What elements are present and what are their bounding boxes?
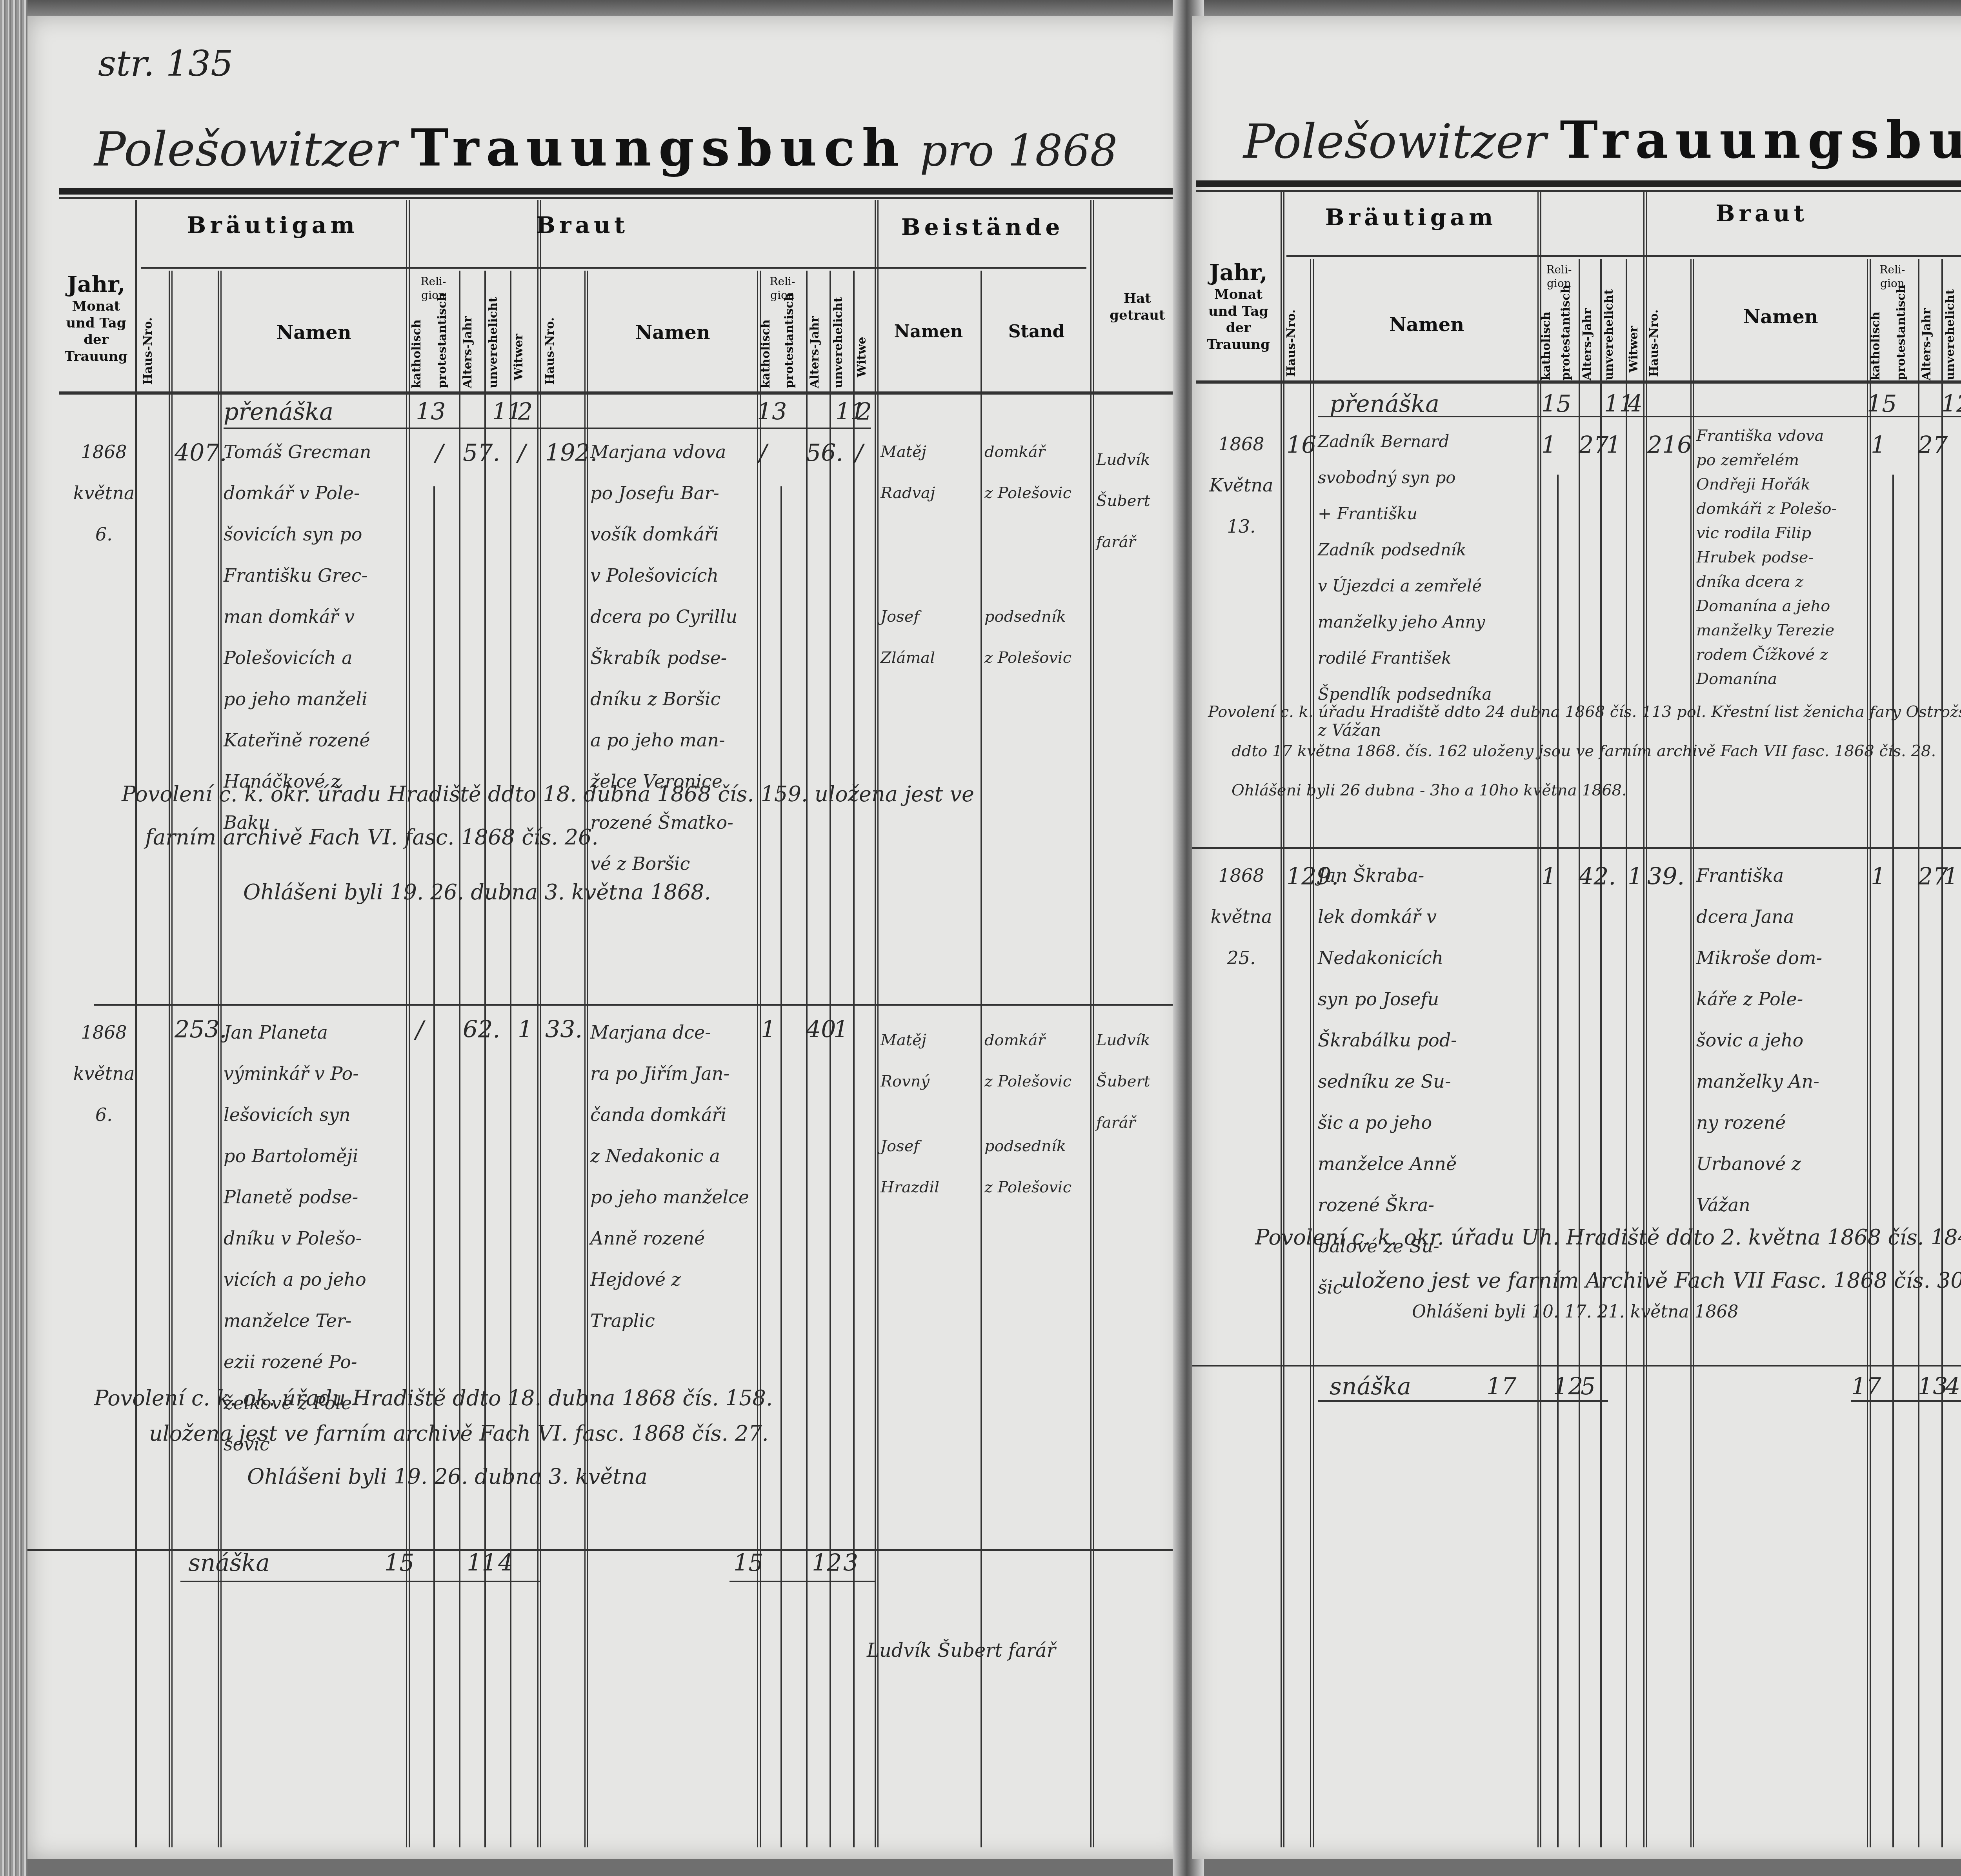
witness-1-status: domkář z Polešovic (984, 1020, 1086, 1102)
carry-over-underline (224, 428, 871, 429)
column-divider (1892, 475, 1894, 1847)
header-bride-name: Namen (1696, 306, 1865, 328)
carry-over-bride-unmarried: 12 (1941, 390, 1961, 418)
column-divider (1579, 259, 1580, 1847)
column-divider (980, 271, 982, 1847)
header-married-by-line: getraut (1094, 307, 1181, 324)
column-divider (584, 271, 588, 1847)
header-groom-unmarried: unverehelicht (1602, 318, 1624, 380)
title-year: pro 1868 (920, 126, 1117, 176)
header-groom-widower: Witwer (1627, 318, 1643, 380)
header-top-rule (59, 188, 1181, 195)
group-header-rule (141, 267, 1086, 269)
header-bride-unmarried: unverehelicht (831, 326, 853, 388)
column-divider (1941, 259, 1943, 1847)
entry-date: 1868 května 6. (73, 431, 135, 555)
header-date-line: Jahr, (59, 271, 133, 298)
entry-separator (94, 1004, 1181, 1006)
header-witnesses-group: Beistände (877, 214, 1088, 240)
witness-2-status: podsedník z Polešovic (984, 596, 1086, 679)
entry-bride-age: 56. (806, 439, 843, 467)
entry-bride-catholic: 1 (761, 1016, 776, 1043)
header-bride-catholic: katholisch (1869, 318, 1890, 380)
header-top-rule-thin (59, 197, 1181, 199)
header-bride-widow: Witwe (855, 326, 875, 388)
carry-over-bride-catholic: 15 (1867, 390, 1897, 418)
entry-note-archive: uložena jest ve farním archivě Fach VI. … (149, 1412, 769, 1455)
carry-over-bride-catholic: 13 (757, 398, 787, 426)
column-divider (169, 271, 173, 1847)
entry-groom-house: 16 (1286, 431, 1316, 459)
column-divider (1310, 259, 1314, 1847)
entry-bride-widow: / (855, 439, 863, 467)
carry-forward-underline (729, 1581, 875, 1582)
entry-groom-widower: 1 (518, 1016, 533, 1043)
header-bride-group: Braut (410, 212, 755, 238)
header-bride-protestant: protestantisch (782, 326, 804, 388)
column-divider (459, 271, 460, 1847)
carry-forward-groom-catholic: 17 (1486, 1373, 1516, 1400)
column-divider (406, 200, 410, 1847)
column-divider (1537, 192, 1541, 1847)
header-witness-status: Stand (984, 322, 1088, 342)
entry-bride-details: Františka dcera Jana Mikroše dom- káře z… (1696, 855, 1865, 1226)
carry-forward-underline (1851, 1400, 1961, 1402)
entry-bride-details: Marjana vdova po Josefu Bar- vošík domká… (590, 431, 755, 884)
header-groom-group: Bräutigam (141, 212, 404, 238)
witness-2-name: Josef Zlámal (880, 596, 979, 679)
entry-note-banns: Ohlášeni byli 26 dubna - 3ho a 10ho květ… (1232, 769, 1627, 812)
entry-note-permission: Povolení c. k. okr. úřadu Uh. Hradiště d… (1255, 1216, 1961, 1259)
column-divider (875, 200, 879, 1847)
header-married-by: Hat getraut (1094, 290, 1181, 324)
column-divider (218, 271, 222, 1847)
right-page: str. 136 Polešowitzer Trauungsbuch pro 1… (1192, 16, 1961, 1859)
entry-groom-age: 42. (1579, 863, 1616, 890)
entry-bride-catholic: 1 (1871, 863, 1886, 890)
carry-forward-groom-widower: 4 (498, 1549, 513, 1577)
carry-forward-bride-widow: 4 (1945, 1373, 1960, 1400)
entry-bride-unmarried: 1 (833, 1016, 848, 1043)
witness-1-name: Matěj Rovný (880, 1020, 979, 1102)
entry-groom-catholic: / (416, 1016, 424, 1043)
header-groom-age: Alters-Jahr (1581, 318, 1600, 380)
entry-bride-house: 39. (1647, 863, 1684, 890)
title-book: Trauungsbuch (411, 118, 906, 178)
carry-over-bride-widow: 2 (857, 398, 872, 426)
title-place: Polešowitzer (94, 122, 397, 177)
carry-forward-underline (180, 1581, 541, 1582)
column-divider (1867, 259, 1871, 1847)
column-divider (510, 271, 511, 1847)
column-divider (1600, 259, 1602, 1847)
entry-note-permission: Povolení c. k. úřadu Hradiště ddto 24 du… (1208, 690, 1961, 733)
entry-separator (1192, 847, 1961, 849)
left-page-edges (0, 0, 27, 1876)
column-divider (1090, 200, 1094, 1847)
entry-note-banns: Ohlášeni byli 19. 26. dubna 3. května 18… (243, 871, 711, 914)
header-bride-group: Braut (1541, 200, 1961, 227)
entry-groom-age: 27 (1579, 431, 1608, 459)
witness-2-name: Josef Hrazdil (880, 1126, 979, 1208)
entry-note-archive: ddto 17 května 1868. čís. 162 uloženy js… (1232, 730, 1936, 773)
entry-note-permission: Povolení c. k. okr. úřadu Hradiště ddto … (122, 773, 974, 816)
header-date-line: Trauung (59, 348, 133, 365)
page-title: Polešowitzer Trauungsbuch pro 1868 (1243, 110, 1961, 170)
carry-over-underline (1318, 416, 1961, 417)
header-bride-unmarried: unverehelicht (1943, 318, 1961, 380)
header-date-line: und Tag (1198, 303, 1279, 320)
left-page: str. 135 Polešowitzer Trauungsbuch pro 1… (27, 16, 1184, 1859)
witness-1-name: Matěj Radvaj (880, 431, 979, 514)
header-date: Jahr, Monat und Tag der Trauung (1198, 259, 1279, 353)
header-bride-religion: Reli-gion (1869, 263, 1916, 290)
entry-bride-details: Františka vdova po zemřelém Ondřeji Hořá… (1696, 424, 1865, 691)
entry-priest: Ludvík Šubert farář (1096, 1020, 1179, 1143)
column-divider (1626, 259, 1627, 1847)
entry-groom-age: 57. (463, 439, 500, 467)
entry-groom-catholic: / (435, 439, 443, 467)
column-divider (433, 486, 435, 1847)
carry-forward-bride-catholic: 17 (1851, 1373, 1881, 1400)
header-date-line: der (1198, 320, 1279, 337)
column-divider (537, 200, 541, 1847)
carry-forward-groom-unmarried: 11 (467, 1549, 497, 1577)
priest-signature: Ludvík Šubert farář (867, 1639, 1056, 1661)
carry-over-groom-widower: 2 (518, 398, 533, 426)
entry-date: 1868 května 6. (73, 1012, 135, 1135)
header-bride-name: Namen (590, 322, 755, 344)
header-house-no: Haus-Nro. (141, 314, 165, 388)
register-spread: str. 135 Polešowitzer Trauungsbuch pro 1… (0, 0, 1961, 1876)
entry-groom-catholic: 1 (1541, 431, 1556, 459)
header-bride-age: Alters-Jahr (1920, 318, 1939, 380)
entry-bride-house: 192. (545, 439, 598, 467)
header-groom-protestant: protestantisch (1559, 318, 1579, 380)
entry-date: 1868 Května 13. (1204, 424, 1279, 547)
witness-2-status: podsedník z Polešovic (984, 1126, 1086, 1208)
page-number: str. 135 (98, 43, 233, 84)
header-bride-protestant: protestantisch (1894, 318, 1916, 380)
column-divider (757, 271, 761, 1847)
carry-over-groom-catholic: 15 (1541, 390, 1571, 418)
carry-over-groom-catholic: 13 (416, 398, 446, 426)
entry-groom-widower: 1 (1628, 863, 1643, 890)
header-date-line: Trauung (1198, 337, 1279, 353)
column-divider (1643, 192, 1647, 1847)
entry-note-archive: farním archivě Fach VI. fasc. 1868 čís. … (145, 816, 598, 859)
column-divider (780, 486, 782, 1847)
entry-bride-catholic: 1 (1871, 431, 1886, 459)
carry-forward-label: snáška (188, 1549, 270, 1577)
page-title: Polešowitzer Trauungsbuch pro 1868 (94, 118, 1117, 178)
header-groom-name: Namen (224, 322, 404, 344)
header-bride-age: Alters-Jahr (808, 326, 830, 388)
entry-bride-unmarried: 1 (1943, 863, 1958, 890)
group-header-rule (1286, 255, 1961, 257)
header-married-by-line: Hat (1094, 290, 1181, 307)
header-groom-group: Bräutigam (1286, 204, 1535, 231)
carry-forward-groom-catholic: 15 (384, 1549, 414, 1577)
carry-forward-groom-unmarried: 12 (1553, 1373, 1583, 1400)
header-date-line: der (59, 331, 133, 348)
header-groom-catholic: katholisch (1539, 318, 1557, 380)
carry-over-groom-widower: 4 (1628, 390, 1643, 418)
title-book: Trauungsbuch (1560, 110, 1961, 170)
entry-bride-age: 27 (1918, 431, 1948, 459)
entry-groom-house: 253. (175, 1016, 227, 1043)
header-groom-religion: Reli-gion (410, 275, 457, 302)
header-groom-unmarried: unverehelicht (486, 326, 508, 388)
carry-forward-bride-widow: 3 (843, 1549, 858, 1577)
header-groom-catholic: katholisch (410, 326, 431, 388)
header-groom-widower: Witwer (512, 326, 535, 388)
header-groom-age: Alters-Jahr (461, 326, 482, 388)
header-bottom-rule (1196, 380, 1961, 384)
column-divider (1281, 192, 1284, 1847)
column-divider (806, 271, 808, 1847)
entry-separator (1192, 1365, 1961, 1367)
header-date: Jahr, Monat und Tag der Trauung (59, 271, 133, 365)
carry-forward-bride-catholic: 15 (733, 1549, 763, 1577)
header-groom-protestant: protestantisch (435, 326, 457, 388)
header-groom-name: Namen (1318, 314, 1535, 336)
header-date-line: Monat (59, 298, 133, 315)
column-divider (484, 271, 486, 1847)
header-bride-house-no: Haus-Nro. (1647, 306, 1688, 380)
carry-forward-groom-widower: 5 (1581, 1373, 1595, 1400)
column-divider (1557, 475, 1559, 1847)
entry-bride-age: 40 (806, 1016, 836, 1043)
title-place: Polešowitzer (1243, 115, 1546, 169)
carry-forward-underline (1318, 1400, 1608, 1402)
entry-bride-house: 216 (1647, 431, 1692, 459)
witness-1-status: domkář z Polešovic (984, 431, 1086, 514)
carry-forward-label: snáška (1330, 1373, 1411, 1400)
entry-groom-house: 407. (175, 439, 227, 467)
column-divider (830, 271, 831, 1847)
entry-note-banns: Ohlášeni byli 10. 17. 21. května 1868 (1412, 1290, 1739, 1334)
entry-bride-catholic: / (759, 439, 767, 467)
entry-groom-unmarried: 1 (1606, 431, 1621, 459)
header-bride-house-no: Haus-Nro. (543, 314, 582, 388)
header-house-no: Haus-Nro. (1284, 306, 1308, 380)
carry-forward-bride-unmarried: 13 (1918, 1373, 1948, 1400)
entry-groom-age: 62. (463, 1016, 500, 1043)
entry-groom-catholic: 1 (1541, 863, 1556, 890)
entry-bride-details: Marjana dce- ra po Jiřím Jan- čanda domk… (590, 1012, 755, 1341)
header-top-rule-thin (1196, 190, 1961, 192)
carry-over-label: přenáška (1330, 390, 1439, 418)
entry-groom-unmarried: / (518, 439, 526, 467)
column-divider (1918, 259, 1919, 1847)
entry-date: 1868 května 25. (1204, 855, 1279, 979)
header-top-rule (1196, 180, 1961, 187)
header-witness-name: Namen (879, 322, 979, 342)
header-date-line: und Tag (59, 315, 133, 332)
column-divider (1690, 259, 1694, 1847)
header-bride-catholic: katholisch (759, 326, 780, 388)
header-bottom-rule (59, 391, 1181, 395)
column-divider (135, 200, 137, 1847)
entry-priest: Ludvík Šubert farář (1096, 439, 1179, 563)
carry-forward-bride-unmarried: 12 (812, 1549, 842, 1577)
header-date-line: Monat (1198, 286, 1279, 303)
entry-note-banns: Ohlášeni byli 19. 26. dubna 3. května (247, 1455, 648, 1498)
entry-bride-house: 33. (545, 1016, 582, 1043)
header-date-line: Jahr, (1198, 259, 1279, 286)
carry-over-label: přenáška (224, 398, 333, 426)
column-divider (853, 271, 855, 1847)
